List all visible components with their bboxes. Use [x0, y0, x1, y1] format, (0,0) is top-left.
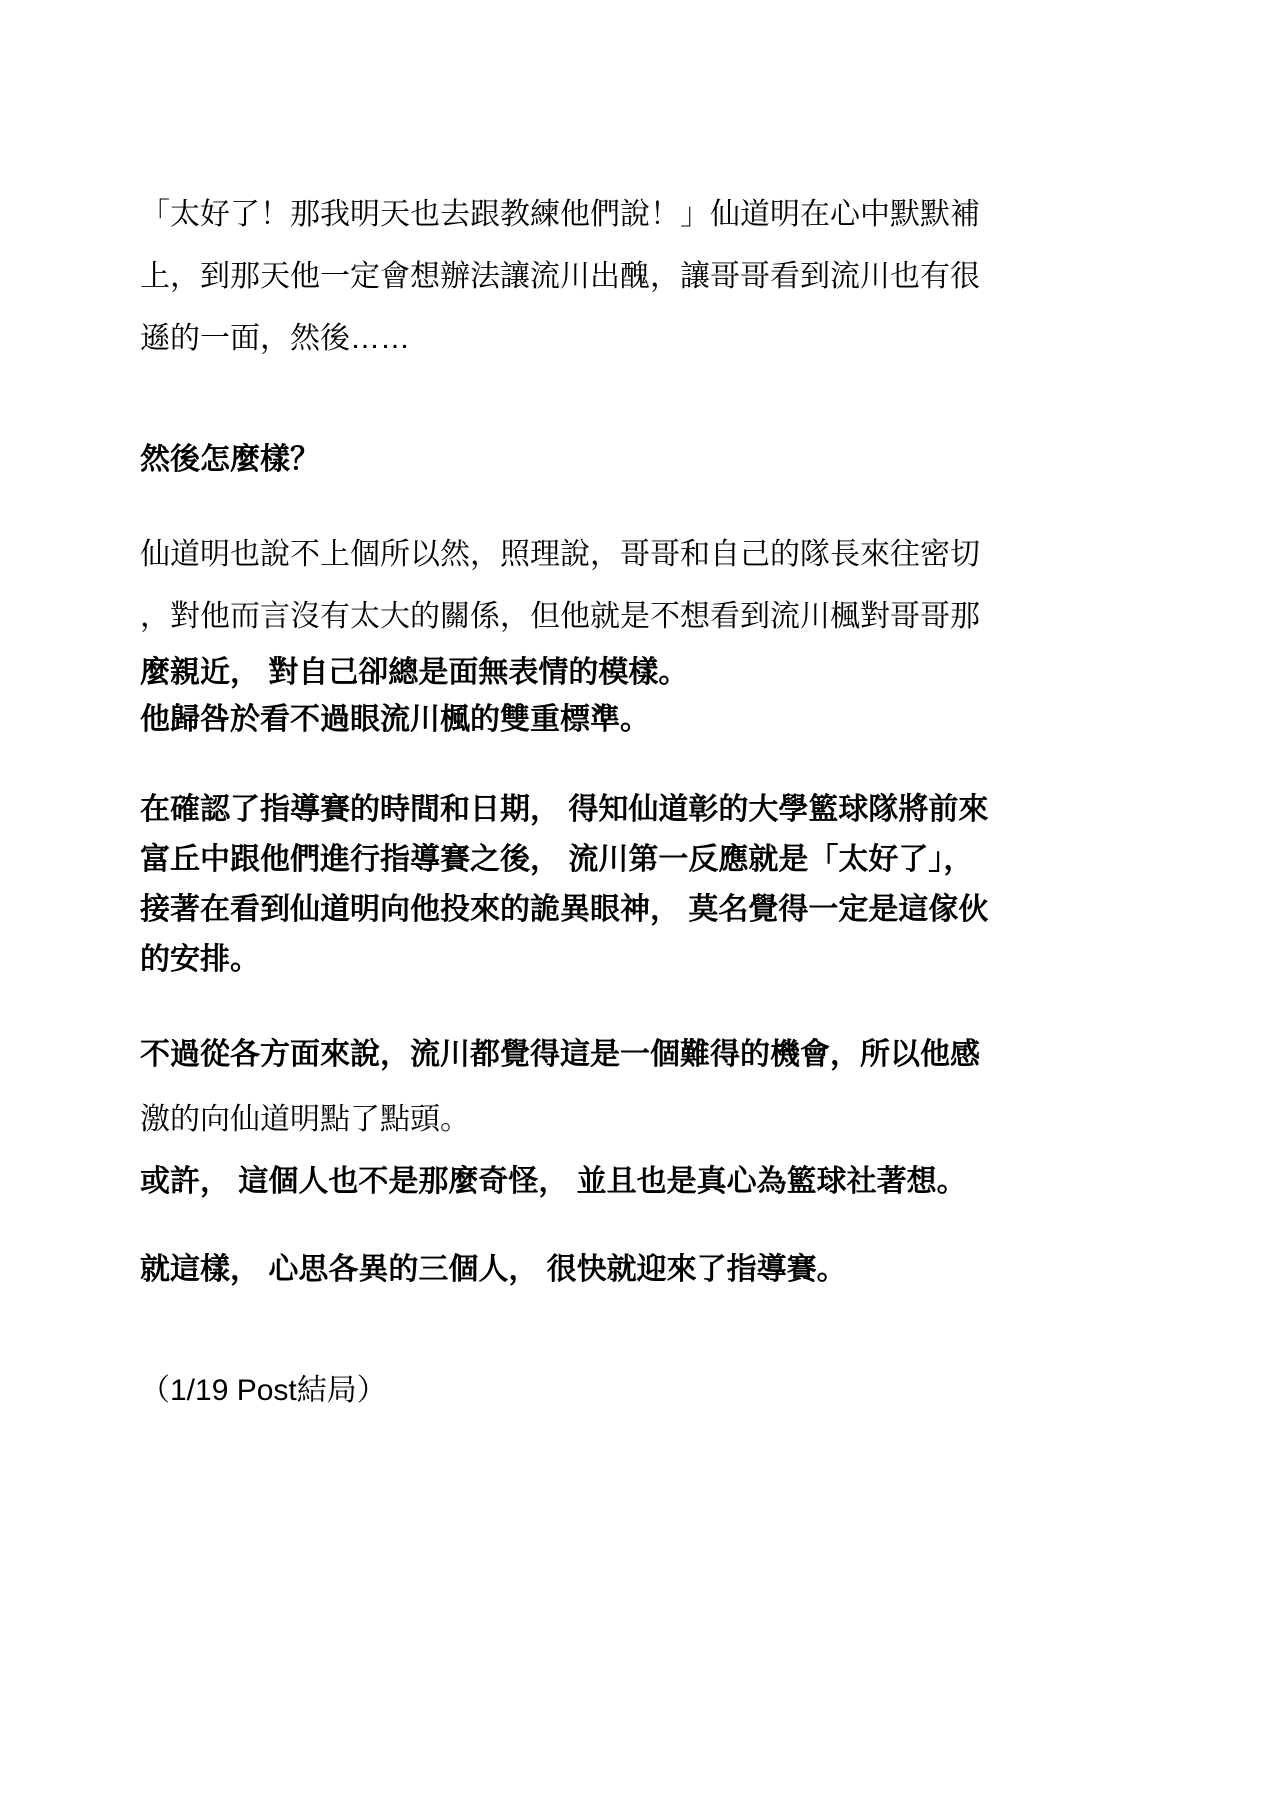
document-page: 「太好了！那我明天也去跟教練他們說！」仙道明在心中默默補 上，到那天他一定會想辦…: [0, 0, 1280, 1810]
story-paragraph-opening-quote: 「太好了！那我明天也去跟教練他們說！」仙道明在心中默默補 上，到那天他一定會想辦…: [140, 0, 1190, 370]
story-paragraph-nod: 激的向仙道明點了點頭。: [140, 1089, 1190, 1151]
post-date-note: （1/19 Post結局）: [140, 1360, 1190, 1422]
story-paragraph-opportunity: 不過從各方面來說，流川都覺得這是一個難得的機會，所以他感: [140, 1024, 1190, 1086]
story-paragraph-reasoning-bold: 麼親近， 對自己卻總是面無表情的模樣。 他歸咎於看不過眼流川楓的雙重標準。: [140, 649, 1190, 743]
story-paragraph-maybe: 或許， 這個人也不是那麼奇怪， 並且也是真心為籃球社著想。: [140, 1151, 1190, 1213]
story-paragraph-question: 然後怎麼樣？: [140, 429, 1190, 491]
story-paragraph-reasoning: 仙道明也說不上個所以然，照理說，哥哥和自己的隊長來往密切 ，對他而言沒有太大的關…: [140, 524, 1190, 648]
story-paragraph-closing: 就這樣， 心思各異的三個人， 很快就迎來了指導賽。: [140, 1239, 1190, 1301]
story-paragraph-practice-match: 在確認了指導賽的時間和日期， 得知仙道彰的大學籃球隊將前來 富丘中跟他們進行指導…: [140, 785, 1190, 985]
